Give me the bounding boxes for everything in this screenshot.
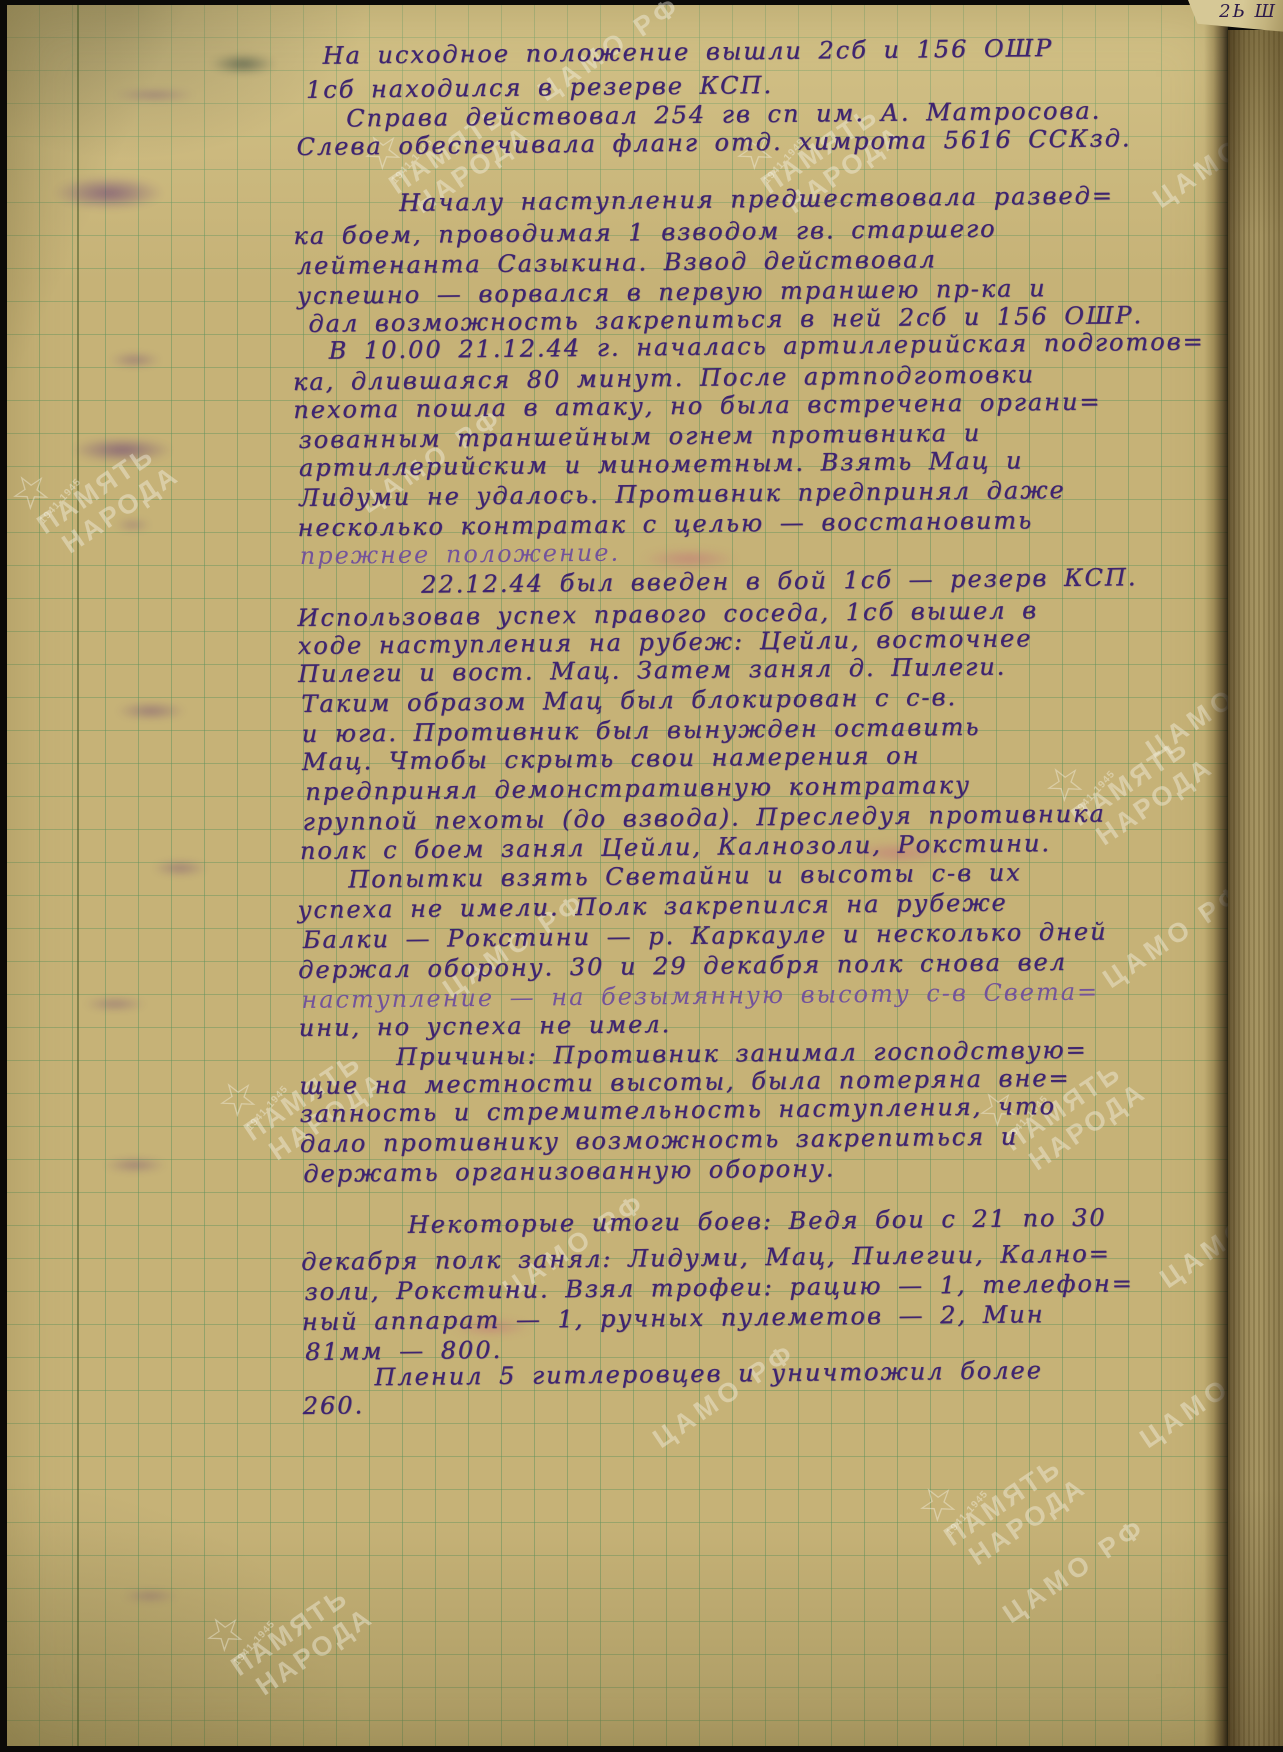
manuscript-line: 22.12.44 был введен в бой 1сб — резерв К… xyxy=(421,563,1138,598)
manuscript-line: наступление — на безымянную высоту с-в С… xyxy=(301,978,1099,1014)
manuscript-line: ка боем, проводимая 1 взводом гв. старше… xyxy=(293,215,996,250)
scanned-document-page: ЦАМО РФ ☆1941-1945ПАМЯТЬНАРОДА ☆1941-194… xyxy=(0,0,1283,1752)
manuscript-line: 260. xyxy=(303,1391,365,1420)
manuscript-line: Мац. Чтобы скрыть свои намерения он xyxy=(302,741,921,775)
page-fold-crease xyxy=(1204,5,1228,1746)
manuscript-line: Началу наступления предшествовала развед… xyxy=(399,181,1114,216)
manuscript-text-layer: На исходное положение вышли 2сб и 156 ОШ… xyxy=(7,0,1246,1746)
corner-page-note: 2Ь Ш xyxy=(1219,1,1277,22)
manuscript-line: Некоторые итоги боев: Ведя бои с 21 по 3… xyxy=(408,1204,1107,1239)
manuscript-line: предпринял демонстративную контратаку xyxy=(305,771,971,806)
manuscript-line: Пилеги и вост. Мац. Затем занял д. Пилег… xyxy=(298,653,1007,688)
manuscript-line: ный аппарат — 1, ручных пулеметов — 2, М… xyxy=(302,1300,1045,1336)
manuscript-line: держать организованную оборону. xyxy=(303,1154,835,1188)
notebook-grid-page: ЦАМО РФ ☆1941-1945ПАМЯТЬНАРОДА ☆1941-194… xyxy=(7,5,1228,1746)
manuscript-line: прежнее положение. xyxy=(300,539,621,570)
manuscript-line: Пленил 5 гитлеровцев и уничтожил более xyxy=(374,1356,1043,1391)
manuscript-line: ини, но успеха не имел. xyxy=(299,1010,672,1042)
underlying-page-edge xyxy=(1228,30,1283,1746)
manuscript-line: несколько контратак с целью — восстанови… xyxy=(297,506,1033,542)
manuscript-line: 1сб находился в резерве КСП. xyxy=(306,71,773,104)
manuscript-line: лейтенанта Сазыкина. Взвод действовал xyxy=(297,245,937,280)
manuscript-line: Попытки взять Светайни и высоты с-в их xyxy=(348,858,1022,893)
manuscript-line: Таким образом Мац был блокирован с с-в. xyxy=(301,683,957,718)
manuscript-line: На исходное положение вышли 2сб и 156 ОШ… xyxy=(322,34,1053,70)
manuscript-line: дало противнику возможность закрепиться … xyxy=(300,1122,1018,1158)
